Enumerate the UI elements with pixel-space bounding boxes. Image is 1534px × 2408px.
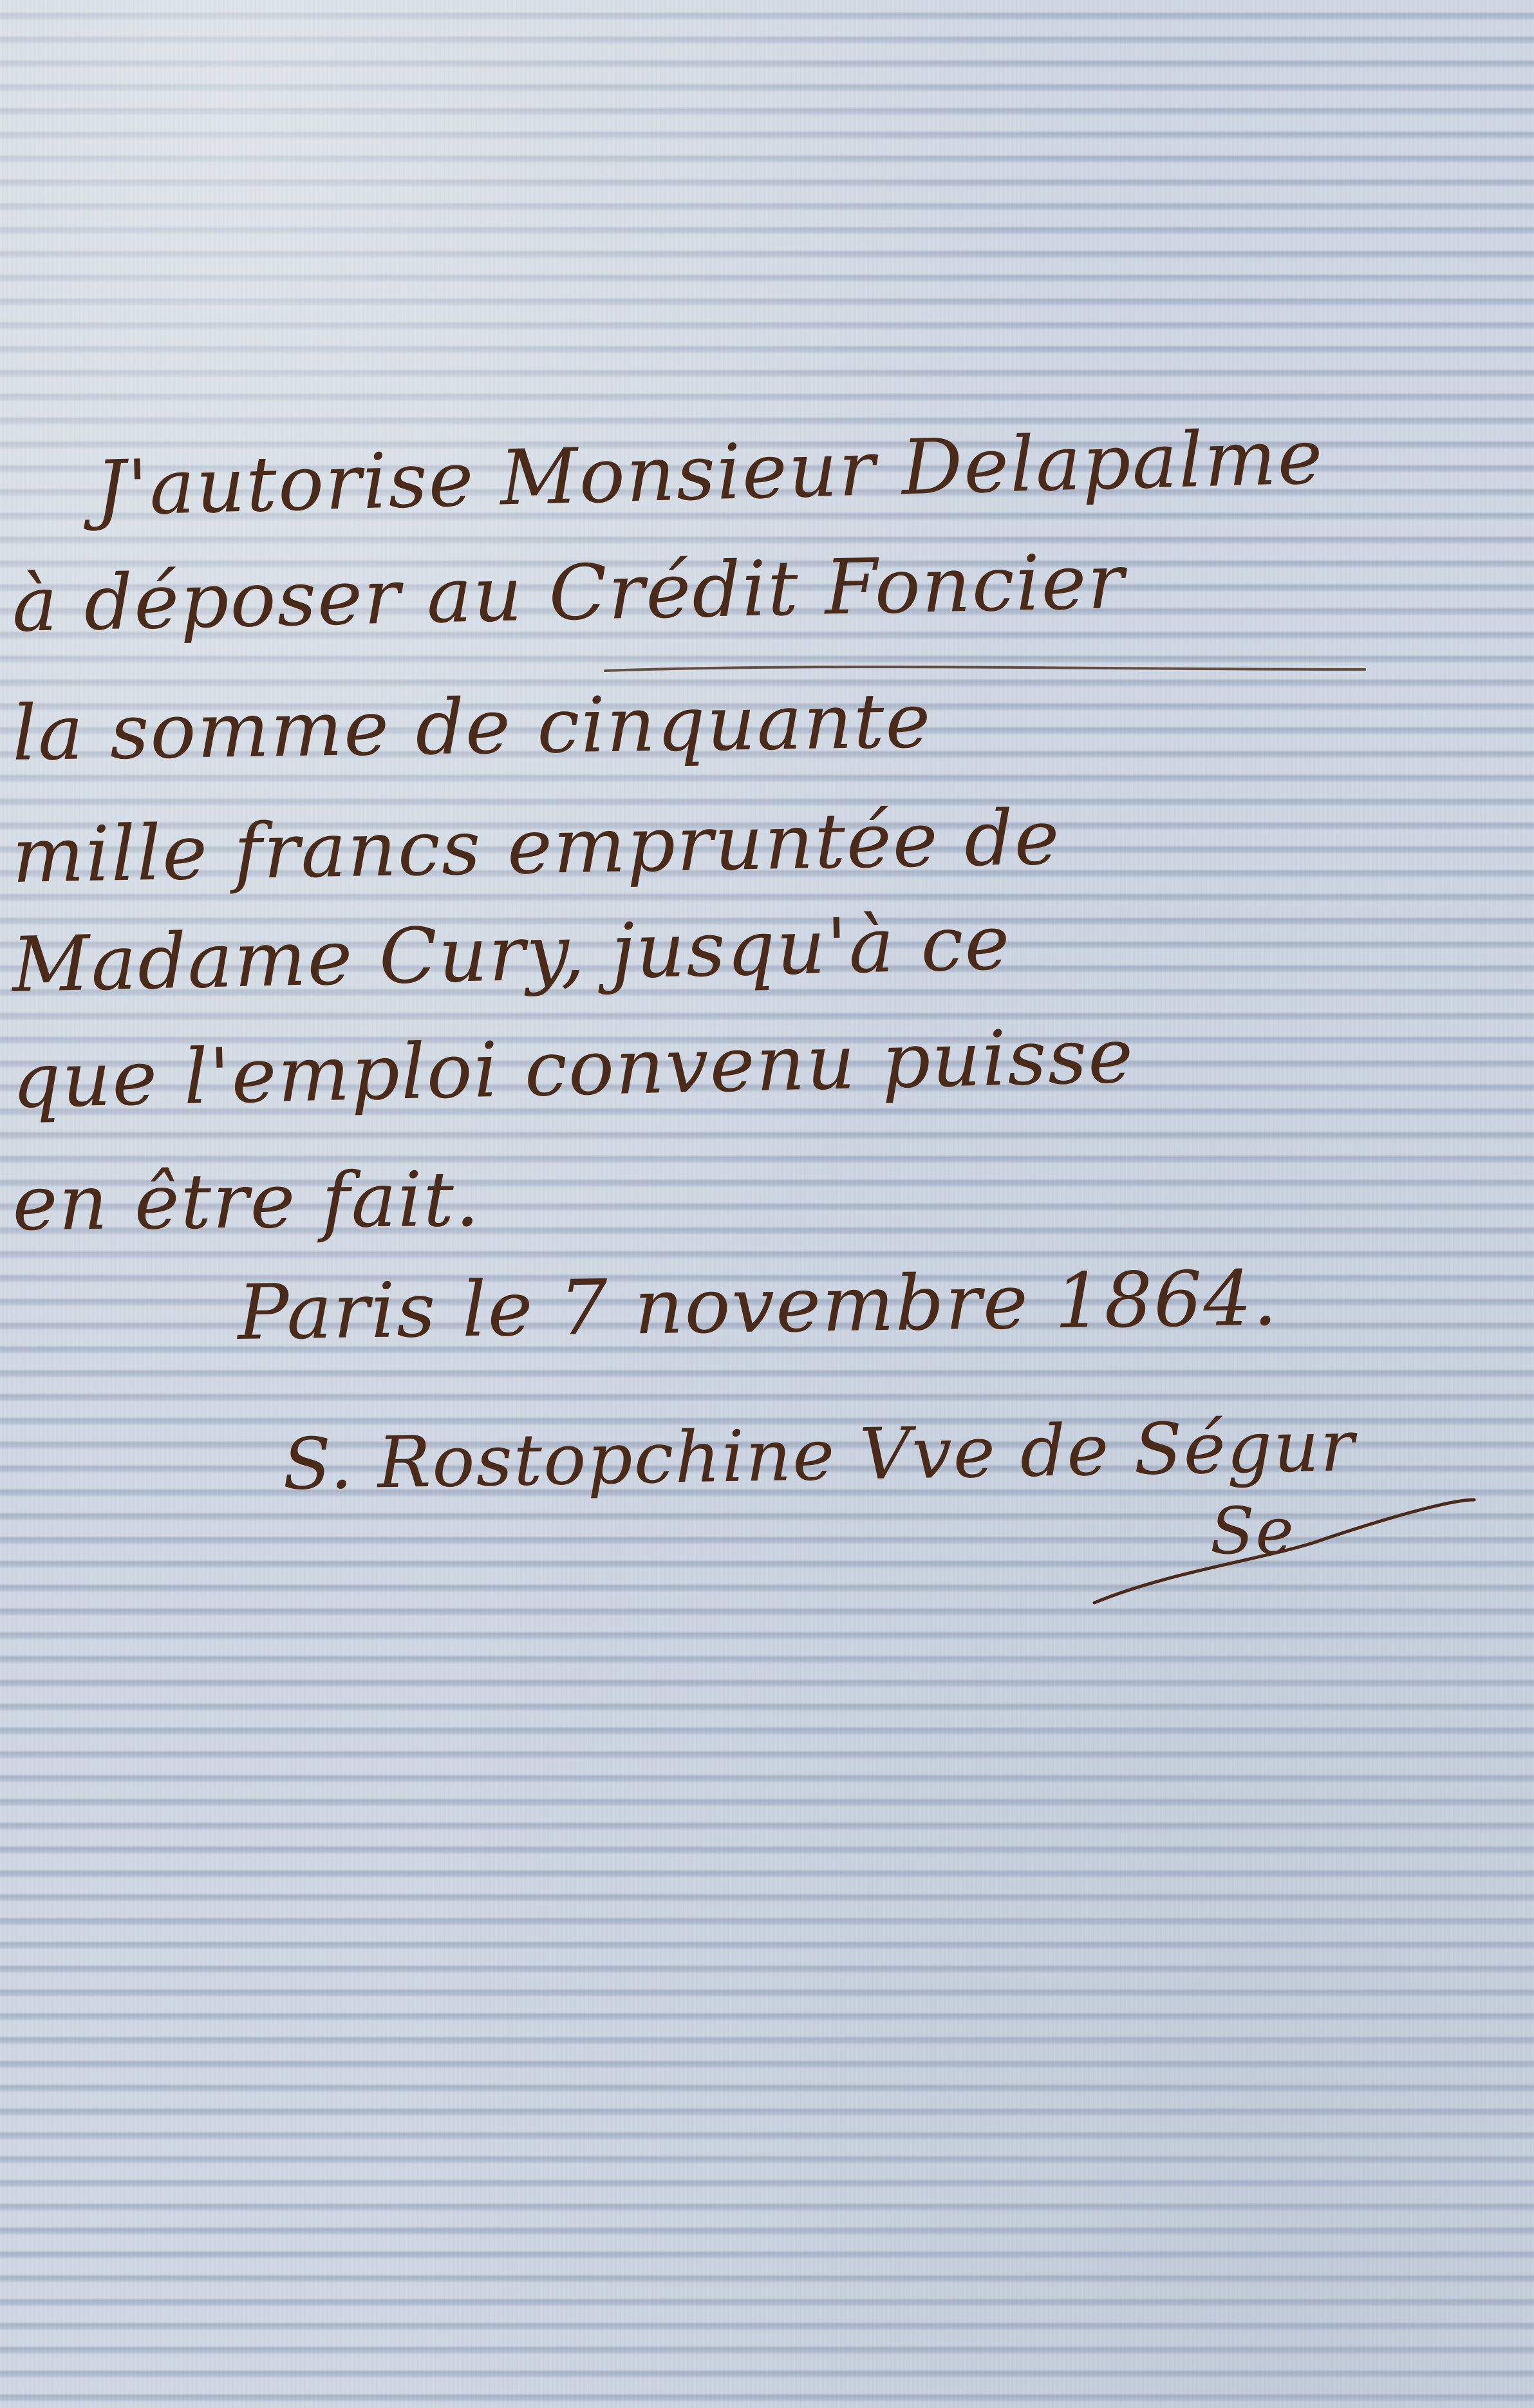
signature-flourish [0,0,1534,2408]
